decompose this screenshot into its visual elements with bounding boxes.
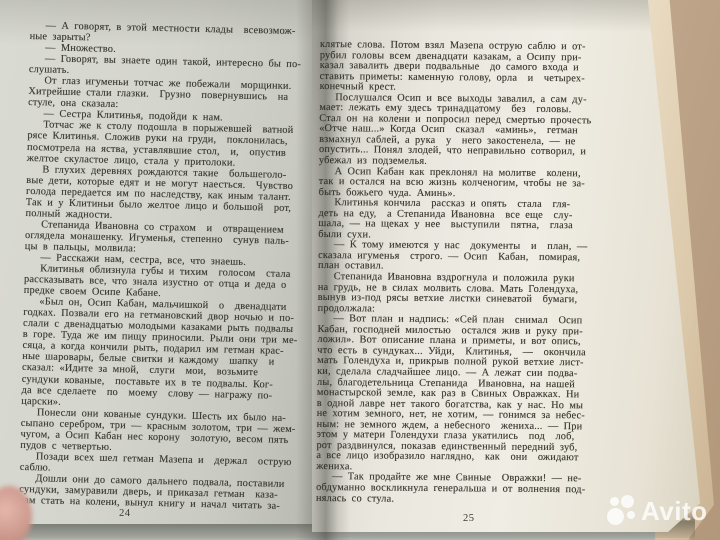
- avito-logo-icon: [607, 494, 638, 528]
- avito-watermark: Avito: [607, 494, 708, 528]
- book-photo: — А говорят, в этой местности клады всев…: [0, 0, 720, 540]
- avito-watermark-text: Avito: [641, 494, 708, 528]
- right-page-text: клятые слова. Потом взял Мазепа острую с…: [316, 40, 652, 507]
- right-page-number: 25: [463, 513, 475, 524]
- left-page-number: 24: [119, 508, 131, 519]
- book-gutter: [296, 0, 350, 540]
